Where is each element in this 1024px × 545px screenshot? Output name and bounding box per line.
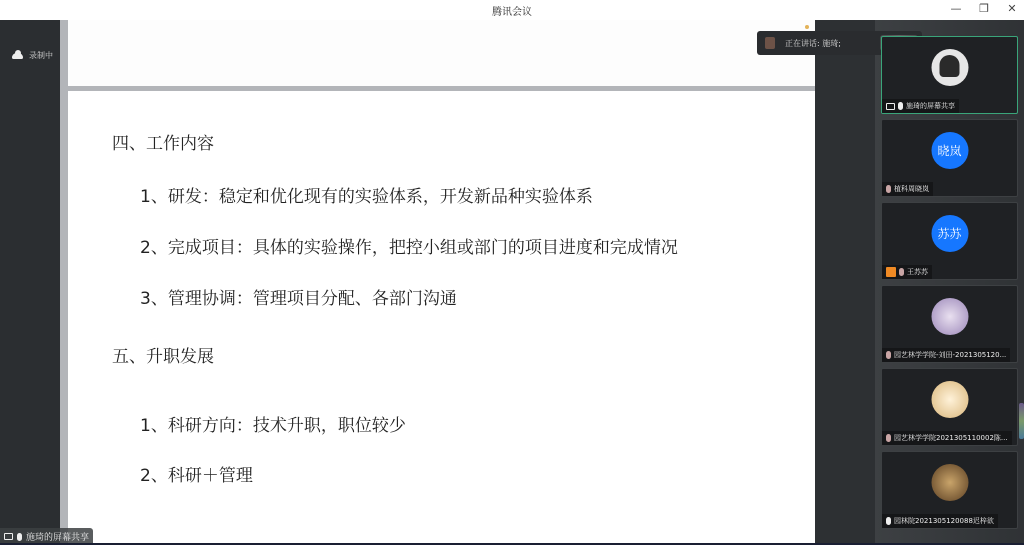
- notification-dot: [805, 25, 809, 29]
- slide-item: 1、科研方向：技术升职，职位较少: [140, 411, 406, 436]
- participant-name: 园林院2021305120088迟梓欲: [894, 516, 994, 526]
- title-bar: 腾讯会议 — ❐ ✕: [0, 0, 1024, 20]
- recording-indicator[interactable]: 录制中: [12, 50, 53, 61]
- speaker-avatar: [765, 37, 775, 49]
- avatar: [931, 49, 968, 86]
- window-title: 腾讯会议: [0, 3, 1024, 18]
- mic-muted-icon: [899, 268, 904, 276]
- participant-tile[interactable]: 园艺林学学院2021305110002陈...: [881, 368, 1018, 446]
- minimize-button[interactable]: —: [950, 2, 962, 15]
- mic-muted-icon: [886, 351, 891, 359]
- speaking-label: 正在讲话: 施琦;: [785, 38, 841, 49]
- cloud-icon: [12, 53, 23, 59]
- slide-item: 3、管理协调：管理项目分配、各部门沟通: [140, 284, 457, 309]
- participant-name: 植科周晓岚: [894, 184, 929, 194]
- participant-name: 施琦的屏幕共享: [906, 101, 955, 111]
- avatar: [931, 381, 968, 418]
- slide-item: 2、科研＋管理: [140, 461, 253, 486]
- avatar: 晓岚: [931, 132, 968, 169]
- divider-strip: [815, 20, 875, 545]
- mic-icon: [886, 517, 891, 525]
- participant-tile[interactable]: 晓岚 植科周晓岚: [881, 119, 1018, 197]
- screen-share-icon: [886, 103, 895, 110]
- participant-tile[interactable]: 园艺林学学院-刘田-2021305120...: [881, 285, 1018, 363]
- left-rail: 录制中: [0, 20, 60, 545]
- slide: 四、工作内容 1、研发：稳定和优化现有的实验体系，开发新品种实验体系 2、完成项…: [68, 91, 815, 545]
- slide-heading: 五、升职发展: [112, 342, 214, 367]
- participant-tile[interactable]: 苏苏 王苏苏: [881, 202, 1018, 280]
- participant-tile[interactable]: 施琦的屏幕共享: [881, 36, 1018, 114]
- restore-button[interactable]: ❐: [978, 2, 990, 15]
- avatar: [931, 464, 968, 501]
- avatar: 苏苏: [931, 215, 968, 252]
- close-button[interactable]: ✕: [1006, 2, 1018, 15]
- shared-screen: 四、工作内容 1、研发：稳定和优化现有的实验体系，开发新品种实验体系 2、完成项…: [60, 20, 815, 545]
- participant-name: 园艺林学学院2021305110002陈...: [894, 433, 1008, 443]
- gallery-scrollbar[interactable]: [1019, 403, 1024, 439]
- participant-name: 王苏苏: [907, 267, 928, 277]
- participant-tile[interactable]: 园林院2021305120088迟梓欲: [881, 451, 1018, 529]
- host-icon: [886, 267, 896, 277]
- participant-name: 园艺林学学院-刘田-2021305120...: [894, 350, 1006, 360]
- slide-heading: 四、工作内容: [112, 129, 214, 154]
- mic-icon: [17, 533, 22, 541]
- screen-share-icon: [4, 533, 13, 540]
- slide-item: 2、完成项目：具体的实验操作，把控小组或部门的项目进度和完成情况: [140, 233, 678, 258]
- slide-top-blank: [68, 20, 815, 86]
- mic-muted-icon: [886, 185, 891, 193]
- slide-item: 1、研发：稳定和优化现有的实验体系，开发新品种实验体系: [140, 182, 593, 207]
- mic-muted-icon: [886, 434, 891, 442]
- avatar: [931, 298, 968, 335]
- mic-icon: [898, 102, 903, 110]
- recording-label: 录制中: [29, 50, 53, 61]
